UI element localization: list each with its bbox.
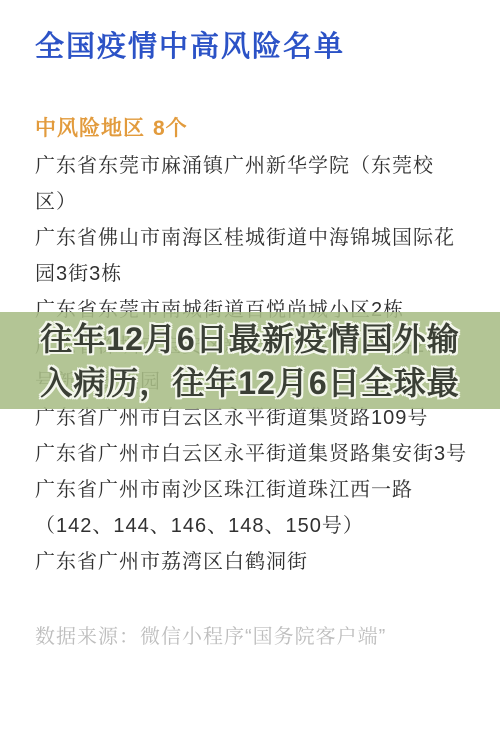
risk-area-line: 广东省广州市南沙区珠江街道珠江西一路 (35, 472, 471, 508)
risk-area-line: 区） (35, 184, 471, 220)
risk-area-item: 广东省广州市荔湾区白鹤洞街 (35, 544, 471, 580)
risk-list-page: 全国疫情中高风险名单 中风险地区8个 广东省东莞市麻涌镇广州新华学院（东莞校区）… (0, 0, 500, 730)
medium-risk-section-label: 中风险地区 (35, 117, 145, 140)
caption-line-2: 入病历，往年12月6日全球最 (40, 361, 459, 405)
risk-area-line: 广东省广州市荔湾区白鹤洞街 (35, 544, 471, 580)
risk-area-line: 广东省佛山市南海区桂城街道中海锦城国际花 (35, 220, 471, 256)
risk-area-line: （142、144、146、148、150号） (35, 508, 471, 544)
medium-risk-count: 8个 (153, 117, 188, 140)
risk-area-item: 广东省广州市南沙区珠江街道珠江西一路（142、144、146、148、150号） (35, 472, 471, 544)
risk-area-item: 广东省东莞市麻涌镇广州新华学院（东莞校区） (35, 148, 471, 220)
risk-area-line: 广东省东莞市麻涌镇广州新华学院（东莞校 (35, 148, 471, 184)
risk-area-item: 广东省广州市白云区永平街道集贤路集安街3号 (35, 436, 471, 472)
data-source-note: 数据来源：微信小程序“国务院客户端” (35, 620, 386, 649)
page-title: 全国疫情中高风险名单 (35, 24, 345, 65)
risk-area-line: 广东省广州市白云区永平街道集贤路集安街3号 (35, 436, 471, 472)
medium-risk-section-header: 中风险地区8个 (35, 112, 188, 142)
risk-area-line: 园3街3栋 (35, 256, 471, 292)
caption-overlay-band: 往年12月6日最新疫情国外输 入病历，往年12月6日全球最 (0, 312, 500, 409)
risk-area-item: 广东省佛山市南海区桂城街道中海锦城国际花园3街3栋 (35, 220, 471, 292)
caption-line-1: 往年12月6日最新疫情国外输 (40, 317, 459, 361)
